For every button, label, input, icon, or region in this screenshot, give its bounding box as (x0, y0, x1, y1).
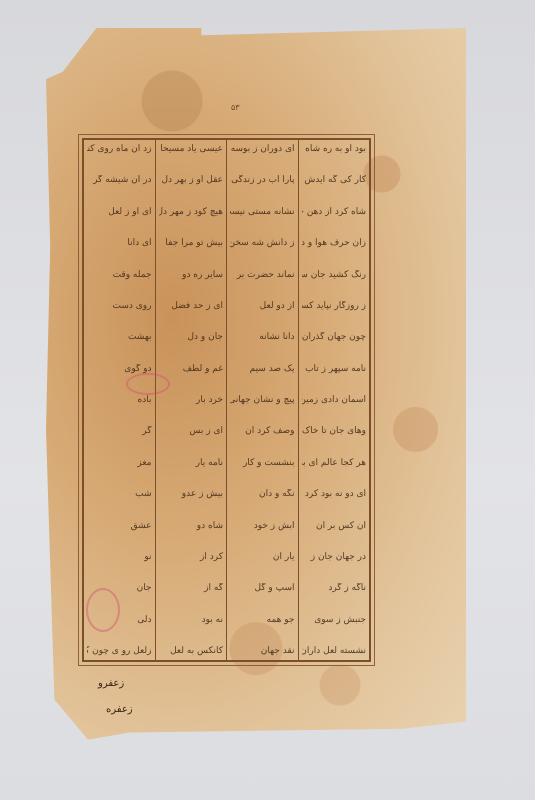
marginal-note: زعفره (106, 704, 133, 715)
red-ink-mark (126, 373, 170, 395)
verse-line: شاه کرد از دهن جان که (302, 207, 367, 217)
verse-line: زان حرف هوا و دل بی (302, 238, 367, 248)
verse-line: ای دوران ز بوسه بت (230, 144, 295, 154)
verse-line: نگه و دان (230, 489, 295, 499)
verse-line: هر کجا عالم ای بی سر (302, 458, 367, 468)
verse-line: گر (87, 426, 152, 436)
verse-line: بهشت (87, 332, 152, 342)
verse-line: در جهان جان ز (302, 552, 367, 562)
verse-line: عقل او ز بهر دل (159, 175, 224, 185)
verse-line: ای او ز لعل (87, 207, 152, 217)
verse-line: نو (87, 552, 152, 562)
verse-line: بود او به ره شاه ز دانش خبر (302, 144, 367, 154)
verse-line: نامه سپهر ز تاب (302, 364, 367, 374)
verse-line: پیچ و نشان جهانی (230, 395, 295, 405)
verse-line: ای دو نه بود کرد (302, 489, 367, 499)
verse-line: جان و دل (159, 332, 224, 342)
verse-line: شاه دو (159, 521, 224, 531)
verse-line: ناگه ز گرد (302, 583, 367, 593)
verse-line: وصف کرد آن (230, 426, 295, 436)
verse-line: سایر ره دو (159, 270, 224, 280)
verse-line: خرد بار (159, 395, 224, 405)
text-column-1: بود او به ره شاه ز دانش خبر کار کی گه آی… (298, 140, 370, 660)
verse-line: دو گوی (87, 364, 152, 374)
verse-line: باده (87, 395, 152, 405)
verse-line: بیش ز عدو (159, 489, 224, 499)
verse-line: عیسی یاد مسیحا دم (159, 144, 224, 154)
verse-line: وهای جان تا خاک (302, 426, 367, 436)
verse-line: آن کس بر آن (302, 521, 367, 531)
verse-line: نقد جهان (230, 646, 295, 656)
red-ink-mark (86, 588, 120, 632)
verse-line: کانکس به لعل (159, 646, 224, 656)
verse-line: نشسته لعل داران طرف (302, 646, 367, 656)
verse-line: نامه یار (159, 458, 224, 468)
verse-line: کرد از (159, 552, 224, 562)
verse-line: نه بود (159, 615, 224, 625)
verse-line: دانا نشانه (230, 332, 295, 342)
verse-line: یک صد سیم (230, 364, 295, 374)
verse-line: چون جهان گذران (302, 332, 367, 342)
verse-line: ز روزگار نپاید کسی به (302, 301, 367, 311)
verse-line: در آن شیشه گر (87, 175, 152, 185)
verse-line: روی دست (87, 301, 152, 311)
verse-line: کار کی گه آیدش بیک (302, 175, 367, 185)
verse-line: آسمان دادی زمین (302, 395, 367, 405)
verse-line: زد آن ماه روی کنعانی (87, 144, 152, 154)
verse-line: بنشست و کار (230, 458, 295, 468)
manuscript-leaf: ۵۳ بود او به ره شاه ز دانش خبر کار کی گه… (46, 28, 466, 758)
verse-line: جمله وقت (87, 270, 152, 280)
marginal-note: زعفرو (98, 678, 124, 689)
verse-line: غم و لطف (159, 364, 224, 374)
verse-line: رنگ کشید جان ساده (302, 270, 367, 280)
verse-line: نشانه مستی نیست (230, 207, 295, 217)
verse-line: یار آن (230, 552, 295, 562)
verse-line: ای ز بس (159, 426, 224, 436)
verse-line: گه از (159, 583, 224, 593)
folio-mark: ۵۳ (231, 103, 240, 112)
verse-line: جنبش ز سوی (302, 615, 367, 625)
verse-line: پارا آب در زندگی دو (230, 175, 295, 185)
verse-line: مغز (87, 458, 152, 468)
verse-line: زلعل رو ی چون گلنار (87, 646, 152, 656)
verse-line: آبش ز خود (230, 521, 295, 531)
ruled-text-block: بود او به ره شاه ز دانش خبر کار کی گه آی… (82, 138, 371, 662)
verse-line: ای ز حد فضل (159, 301, 224, 311)
verse-line: اسپ و گل (230, 583, 295, 593)
verse-line: جو همه (230, 615, 295, 625)
verse-line: بیش تو مرا جفا (159, 238, 224, 248)
text-column-4: زد آن ماه روی کنعانی در آن شیشه گر ای او… (84, 140, 155, 660)
text-column-2: ای دوران ز بوسه بت پارا آب در زندگی دو ن… (226, 140, 298, 660)
verse-line: ز دانش شه سخن (230, 238, 295, 248)
verse-line: ای دانا (87, 238, 152, 248)
verse-line: عشق (87, 521, 152, 531)
verse-line: از دو لعل (230, 301, 295, 311)
verse-line: شب (87, 489, 152, 499)
text-column-3: عیسی یاد مسیحا دم عقل او ز بهر دل هیچ کو… (155, 140, 227, 660)
verse-line: نماند حضرت بر (230, 270, 295, 280)
verse-line: هیچ کود ز مهر دل (159, 207, 224, 217)
